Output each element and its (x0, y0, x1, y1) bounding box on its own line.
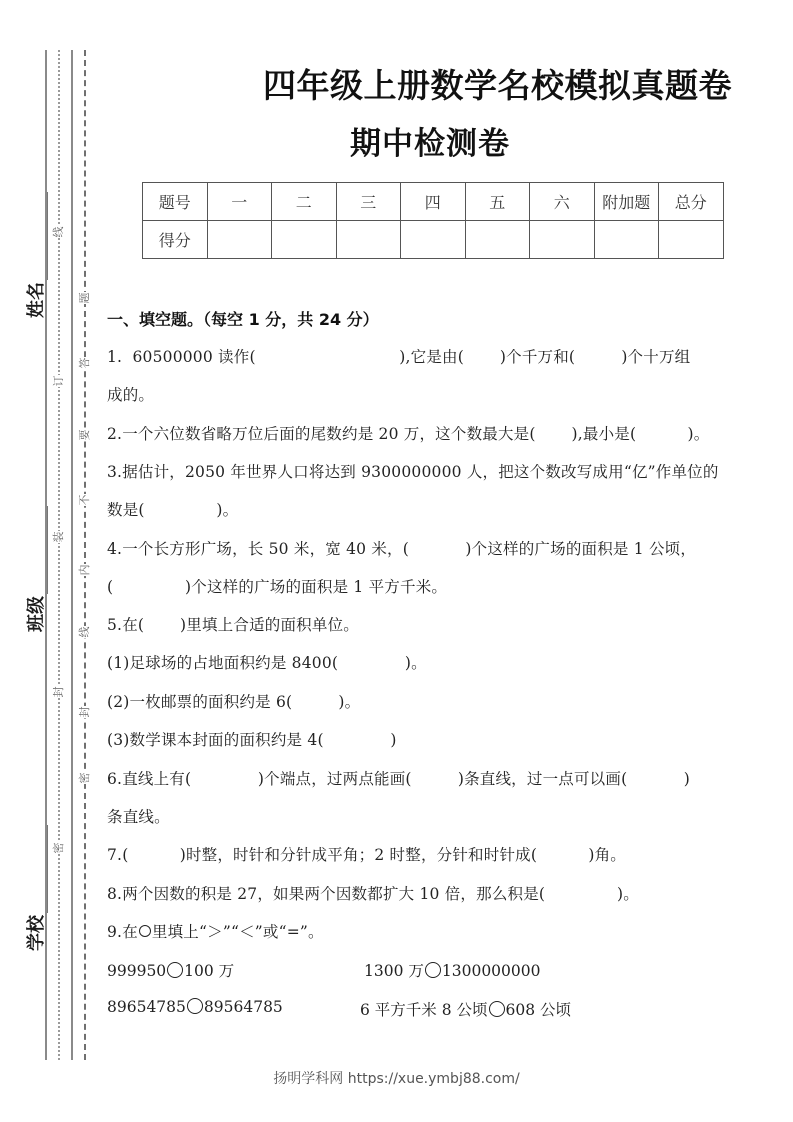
score-cell[interactable] (659, 221, 724, 259)
strip-char: 内 (79, 564, 91, 576)
question-line: 成的。 (107, 383, 154, 405)
page-subtitle: 期中检测卷 (350, 118, 510, 163)
score-cell[interactable] (401, 221, 466, 259)
q9-suffix: 里填上“＞”“＜”或“=”。 (152, 923, 324, 941)
table-cell: 一 (207, 183, 272, 221)
strip-char: 装 (53, 531, 65, 543)
page-title: 四年级上册数学名校模拟真题卷 (263, 60, 732, 107)
question-line: 4.一个长方形广场，长 50 米，宽 40 米，( )个这样的广场的面积是 1 … (107, 537, 696, 559)
class-underline[interactable] (31, 506, 48, 594)
question-line: 条直线。 (107, 805, 170, 827)
table-cell: 得分 (143, 221, 208, 259)
school-underline[interactable] (31, 825, 48, 913)
score-table: 题号 一 二 三 四 五 六 附加题 总分 得分 (142, 182, 724, 259)
score-table-header-row: 题号 一 二 三 四 五 六 附加题 总分 (143, 183, 724, 221)
question-line: 8.两个因数的积是 27，如果两个因数都扩大 10 倍，那么积是( )。 (107, 882, 639, 904)
question-line: (3)数学课本封面的面积约是 4( ) (107, 728, 397, 750)
table-cell: 二 (272, 183, 337, 221)
table-cell: 三 (336, 183, 401, 221)
score-cell[interactable] (272, 221, 337, 259)
score-cell[interactable] (207, 221, 272, 259)
table-cell: 附加题 (594, 183, 659, 221)
table-cell: 四 (401, 183, 466, 221)
strip-char: 线 (79, 626, 91, 638)
score-cell[interactable] (336, 221, 401, 259)
strip-char: 封 (79, 706, 91, 718)
school-field[interactable]: 学校 (22, 825, 48, 951)
comparison-right: 1300000000 (442, 962, 541, 980)
binding-line-dotted (58, 50, 60, 1060)
name-field[interactable]: 姓名 (22, 192, 48, 318)
table-cell: 五 (465, 183, 530, 221)
binding-line-inner-solid (71, 50, 73, 1060)
question-line: 3.据估计，2050 年世界人口将达到 9300000000 人，把这个数改写成… (107, 460, 719, 482)
strip-char: 线 (53, 226, 65, 238)
q9-prefix: 9.在 (107, 923, 138, 941)
class-label: 班级 (22, 596, 48, 632)
question-line: 2.一个六位数省略万位后面的尾数约是 20 万，这个数最大是( ),最小是( )… (107, 422, 709, 444)
circle-answer-slot[interactable] (187, 998, 203, 1014)
circle-answer-slot[interactable] (167, 962, 183, 978)
name-label: 姓名 (22, 282, 48, 318)
score-cell[interactable] (530, 221, 595, 259)
comparison-right: 100 万 (184, 962, 234, 980)
question-line: 6.直线上有( )个端点，过两点能画( )条直线，过一点可以画( ) (107, 767, 690, 789)
strip-char: 订 (53, 375, 65, 387)
question-line: (2)一枚邮票的面积约是 6( )。 (107, 690, 360, 712)
table-cell: 六 (530, 183, 595, 221)
circle-answer-slot[interactable] (489, 1001, 505, 1017)
strip-char: 题 (79, 292, 91, 304)
comparison-left: 89654785 (107, 998, 186, 1016)
comparison-item: 8965478589564785 (107, 998, 283, 1016)
strip-char: 密 (53, 842, 65, 854)
question-line: 数是( )。 (107, 498, 238, 520)
question-line: 7.( )时整，时针和分针成平角；2 时整，分针和时针成( )角。 (107, 843, 626, 865)
score-cell[interactable] (594, 221, 659, 259)
question-line: 5.在( )里填上合适的面积单位。 (107, 613, 359, 635)
comparison-right: 89564785 (204, 998, 283, 1016)
name-underline[interactable] (31, 192, 48, 280)
score-cell[interactable] (465, 221, 530, 259)
table-cell: 题号 (143, 183, 208, 221)
strip-char: 要 (79, 429, 91, 441)
question-line: 1. 60500000 读作( ),它是由( )个千万和( )个十万组 (107, 345, 690, 367)
question-9-prompt: 9.在里填上“＞”“＜”或“=”。 (107, 920, 324, 942)
school-label: 学校 (22, 915, 48, 951)
comparison-item: 6 平方千米 8 公顷608 公顷 (360, 998, 571, 1020)
strip-char: 不 (79, 494, 91, 506)
comparison-item: 999950100 万 (107, 959, 234, 981)
question-line: ( )个这样的广场的面积是 1 平方千米。 (107, 575, 447, 597)
circle-answer-slot[interactable] (425, 962, 441, 978)
comparison-item: 1300 万1300000000 (364, 959, 541, 981)
footer-watermark: 扬明学科网 https://xue.ymbj88.com/ (0, 1068, 793, 1088)
comparison-left: 999950 (107, 962, 166, 980)
section-heading: 一、填空题。（每空 1 分，共 24 分） (107, 307, 379, 330)
strip-char: 答 (79, 357, 91, 369)
score-table-score-row: 得分 (143, 221, 724, 259)
strip-char: 密 (79, 772, 91, 784)
strip-char: 封 (53, 686, 65, 698)
question-line: (1)足球场的占地面积约是 8400( )。 (107, 651, 427, 673)
comparison-left: 6 平方千米 8 公顷 (360, 1001, 488, 1019)
table-cell: 总分 (659, 183, 724, 221)
comparison-right: 608 公顷 (506, 1001, 572, 1019)
comparison-left: 1300 万 (364, 962, 424, 980)
binding-line-dashed (84, 50, 86, 1060)
circle-icon (139, 925, 151, 937)
class-field[interactable]: 班级 (22, 506, 48, 632)
